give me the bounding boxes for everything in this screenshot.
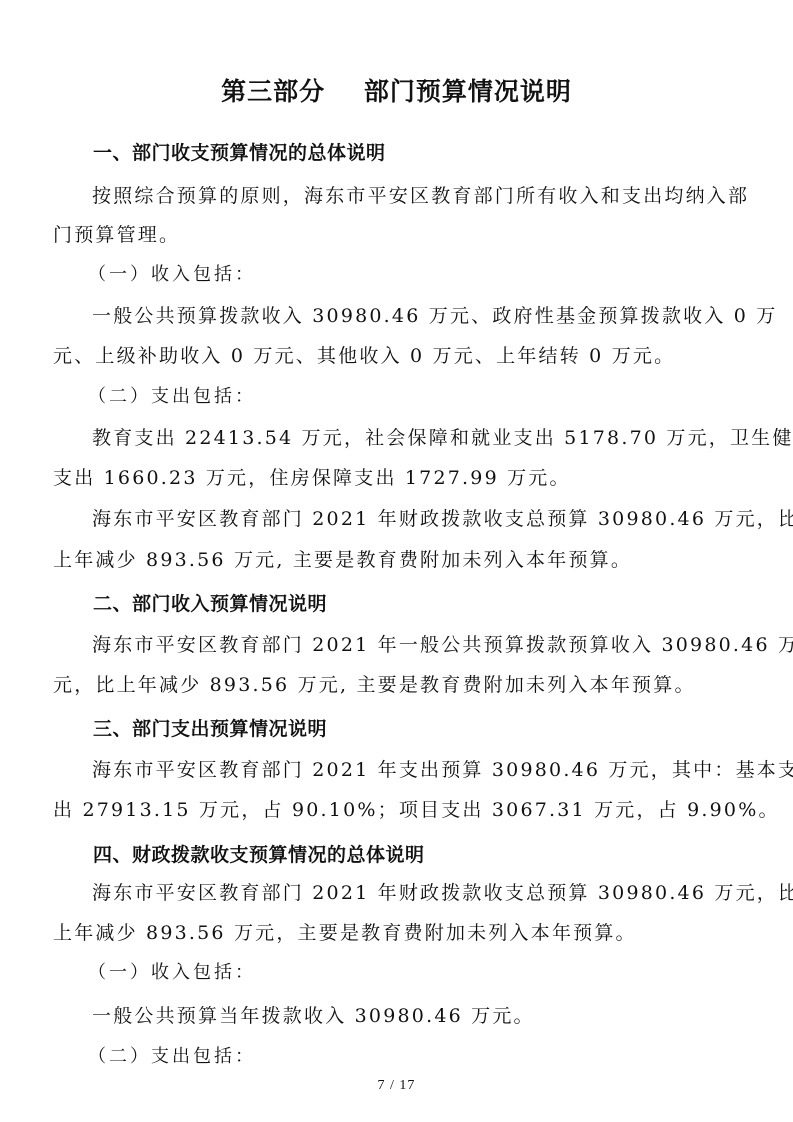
- section-1-income-line-1: 一般公共预算拨款收入 30980.46 万元、政府性基金预算拨款收入 0 万: [92, 303, 732, 329]
- section-1-paragraph-line-2: 门预算管理。: [53, 222, 693, 248]
- section-4-paragraph-line-1: 海东市平安区教育部门 2021 年财政拨款收支总预算 30980.46 万元，比: [92, 880, 732, 906]
- section-3-paragraph-line-1: 海东市平安区教育部门 2021 年支出预算 30980.46 万元，其中：基本支: [92, 757, 732, 783]
- section-2-heading: 二、部门收入预算情况说明: [93, 591, 327, 617]
- section-1-expense-line-2: 支出 1660.23 万元，住房保障支出 1727.99 万元。: [53, 465, 693, 491]
- section-1-income-label: （一）收入包括：: [88, 262, 256, 288]
- section-1-income-line-2: 元、上级补助收入 0 万元、其他收入 0 万元、上年结转 0 万元。: [53, 343, 693, 369]
- section-1-heading: 一、部门收支预算情况的总体说明: [93, 140, 386, 166]
- section-1-summary-line-2: 上年减少 893.56 万元, 主要是教育费附加未列入本年预算。: [53, 547, 693, 573]
- section-2-paragraph-line-1: 海东市平安区教育部门 2021 年一般公共预算拨款预算收入 30980.46 万: [92, 632, 732, 658]
- section-4-income-line-1: 一般公共预算当年拨款收入 30980.46 万元。: [92, 1003, 732, 1029]
- section-4-expense-label: （二）支出包括：: [88, 1044, 256, 1070]
- document-page: 第三部分 部门预算情况说明 一、部门收支预算情况的总体说明 按照综合预算的原则，…: [0, 0, 793, 1122]
- section-4-heading: 四、财政拨款收支预算情况的总体说明: [93, 842, 425, 868]
- page-number: 7 / 17: [0, 1078, 793, 1094]
- section-1-expense-line-1: 教育支出 22413.54 万元，社会保障和就业支出 5178.70 万元，卫生…: [92, 425, 732, 451]
- section-1-paragraph-line-1: 按照综合预算的原则，海东市平安区教育部门所有收入和支出均纳入部: [92, 183, 732, 209]
- section-3-heading: 三、部门支出预算情况说明: [93, 716, 327, 742]
- section-1-summary-line-1: 海东市平安区教育部门 2021 年财政拨款收支总预算 30980.46 万元，比: [92, 506, 732, 532]
- section-3-paragraph-line-2: 出 27913.15 万元，占 90.10%；项目支出 3067.31 万元，占…: [53, 797, 693, 823]
- page-title: 第三部分 部门预算情况说明: [0, 72, 793, 108]
- section-1-expense-label: （二）支出包括：: [88, 384, 256, 410]
- section-4-paragraph-line-2: 上年减少 893.56 万元，主要是教育费附加未列入本年预算。: [53, 920, 693, 946]
- section-2-paragraph-line-2: 元，比上年减少 893.56 万元, 主要是教育费附加未列入本年预算。: [53, 672, 693, 698]
- section-4-income-label: （一）收入包括：: [88, 960, 256, 986]
